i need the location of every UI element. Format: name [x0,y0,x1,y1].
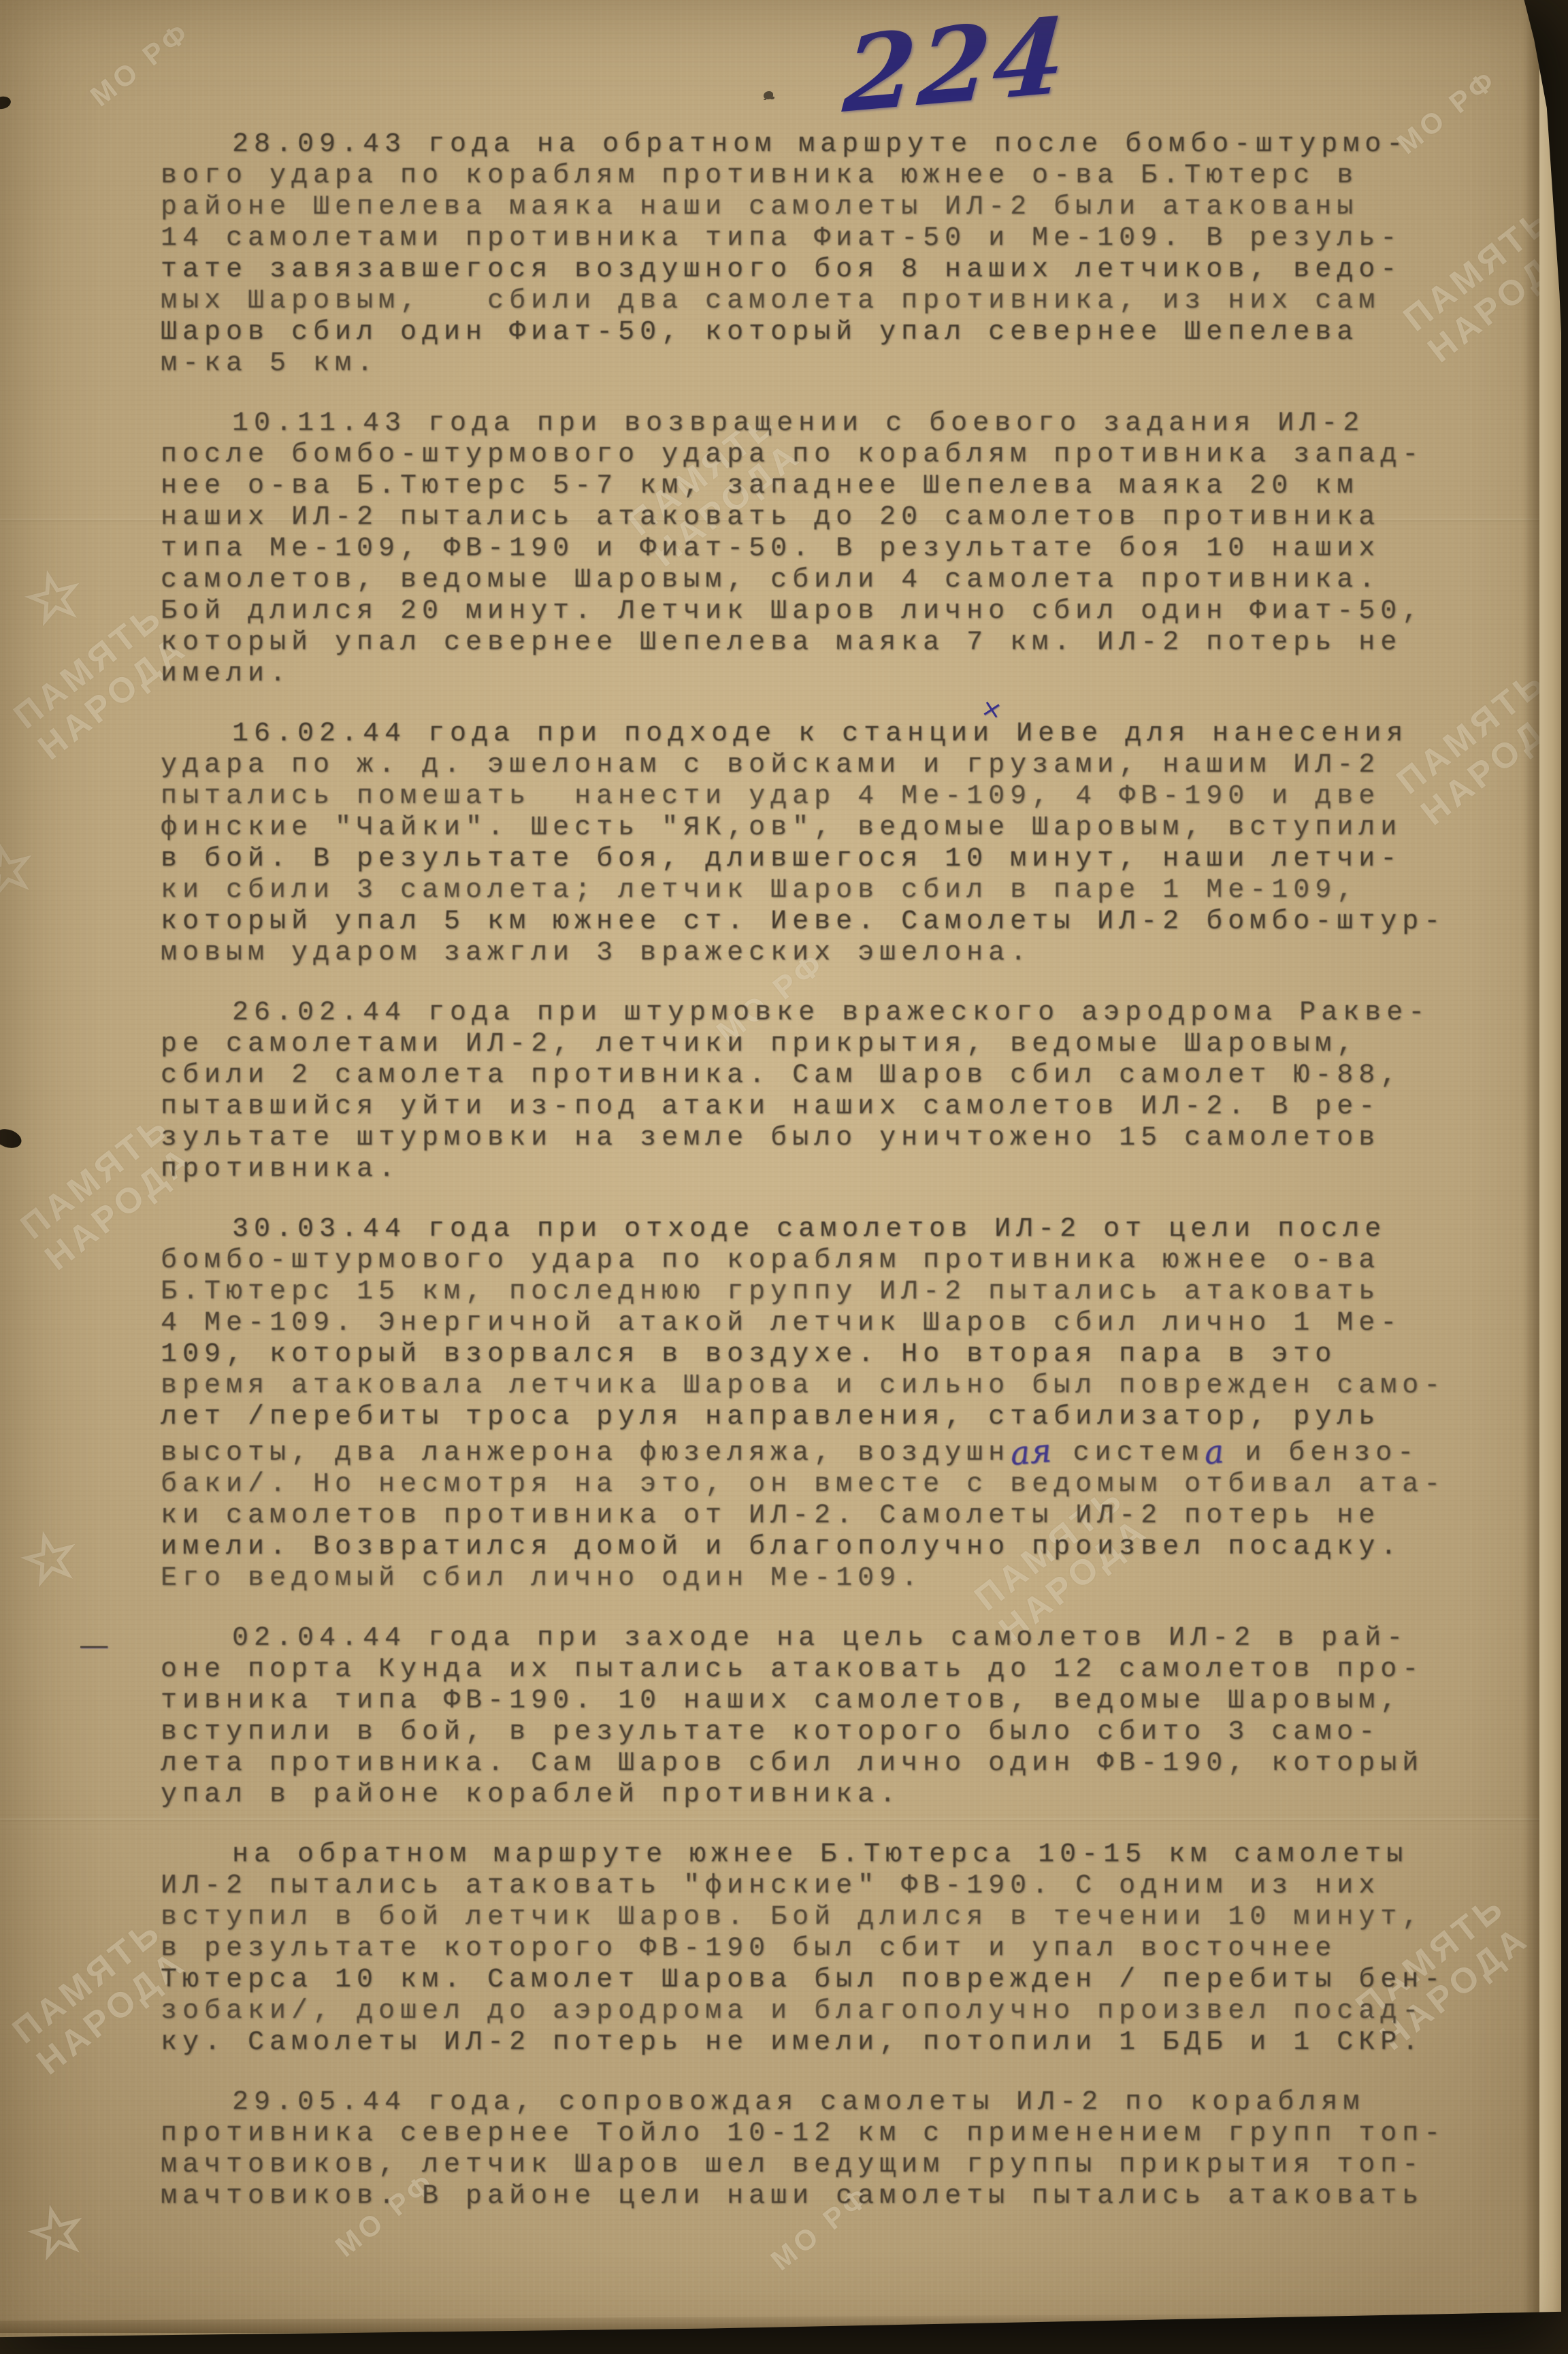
handwritten-correction: ая [1009,1435,1053,1469]
typed-line: оне порта Кунда их пытались атаковать до… [161,1654,1494,1686]
typed-line: 109, который взорвался в воздухе. Но вто… [161,1339,1494,1371]
typed-document: 28.09.43 года на обратном маршруте после… [161,129,1494,2241]
typed-line: Б.Тютерс 15 км, последнюю группу ИЛ-2 пы… [161,1277,1494,1308]
typed-line: имели. [161,659,1494,690]
typed-paragraph: 28.09.43 года на обратном маршруте после… [161,129,1494,380]
typed-line: м-ка 5 км. [161,348,1494,380]
typed-line: зультате штурмовки на земле было уничтож… [161,1123,1494,1154]
typed-paragraph: 16.02.44 года при подходе к станции Иеве… [161,719,1494,969]
typed-line: который упал 5 км южнее ст. Иеве. Самоле… [161,906,1494,938]
typed-segment: высоты, два ланжерона фюзеляжа, воздушн [161,1438,1010,1469]
typed-line: противника севернее Тойло 10-12 км с при… [161,2119,1494,2150]
typed-line: 28.09.43 года на обратном маршруте после… [161,129,1494,161]
typed-line: в результате которого ФВ-190 был сбит и … [161,1933,1494,1965]
typed-line: который упал севернее Шепелева маяка 7 к… [161,627,1494,659]
typed-line: ре самолетами ИЛ-2, летчики прикрытия, в… [161,1029,1494,1060]
typed-line: тивника типа ФВ-190. 10 наших самолетов,… [161,1686,1494,1717]
typed-line: типа Ме-109, ФВ-190 и Фиат-50. В результ… [161,534,1494,565]
typed-line: Шаров сбил один Фиат-50, который упал се… [161,317,1494,348]
ink-fleck [764,91,773,99]
typed-paragraph: 02.04.44 года при заходе на цель самолет… [161,1623,1494,1811]
typed-line: вступил в бой летчик Шаров. Бой длился в… [161,1902,1494,1933]
star-watermark: ☆ [0,826,48,913]
typed-line: финские "Чайки". Шесть "ЯК,ов", ведомые … [161,813,1494,844]
typed-line: мых Шаровым, сбили два самолета противни… [161,286,1494,317]
typed-line: 16.02.44 года при подходе к станции Иеве… [161,719,1494,750]
typed-line: лет /перебиты троса руля направления, ст… [161,1402,1494,1433]
typed-line: бомбо-штурмового удара по кораблям проти… [161,1245,1494,1277]
typed-line: Тютерса 10 км. Самолет Шарова был повреж… [161,1965,1494,1996]
typed-line: Его ведомый сбил лично один Ме-109. [161,1563,1494,1595]
handwritten-page-number: 224 [840,0,1072,136]
typed-line: мачтовиков, летчик Шаров шел ведущим гру… [161,2150,1494,2181]
typed-line: 29.05.44 года, сопровождая самолеты ИЛ-2… [161,2087,1494,2119]
paper-right-edge-shadow [1523,0,1539,2354]
typed-line: тате завязавшегося воздушного боя 8 наши… [161,255,1494,286]
typed-line: ки сбили 3 самолета; летчик Шаров сбил в… [161,875,1494,906]
edge-notch [0,1126,24,1151]
typed-segment: систем [1051,1438,1204,1469]
typed-line: вступили в бой, в результате которого бы… [161,1717,1494,1748]
typed-line: 30.03.44 года при отходе самолетов ИЛ-2 … [161,1214,1494,1245]
archive-watermark-text: МО РФ [84,15,197,112]
typed-line: Бой длился 20 минут. Летчик Шаров лично … [161,596,1494,627]
star-watermark: ☆ [19,2189,97,2275]
typed-paragraph: 30.03.44 года при отходе самолетов ИЛ-2 … [161,1214,1494,1595]
typed-line: зобаки/, дошел до аэродрома и благополуч… [161,1996,1494,2027]
typed-line: самолетов, ведомые Шаровым, сбили 4 само… [161,565,1494,596]
typed-line: баки/. Но несмотря на это, он вместе с в… [161,1469,1494,1501]
typed-line: вого удара по кораблям противника южнее … [161,161,1494,192]
typed-line: пытались помешать нанести удар 4 Ме-109,… [161,781,1494,813]
typed-line: после бомбо-штурмового удара по кораблям… [161,440,1494,471]
typed-line: ку. Самолеты ИЛ-2 потерь не имели, потоп… [161,2027,1494,2059]
typed-line: нее о-ва Б.Тютерс 5-7 км, западнее Шепел… [161,471,1494,502]
typed-segment: и бензо- [1223,1438,1419,1469]
typed-line: высоты, два ланжерона фюзеляжа, воздушна… [161,1433,1494,1469]
typed-line: 02.04.44 года при заходе на цель самолет… [161,1623,1494,1654]
typed-line: ки самолетов противника от ИЛ-2. Самолет… [161,1501,1494,1532]
typed-line: удара по ж. д. эшелонам с войсками и гру… [161,750,1494,781]
edge-notch [0,95,12,110]
typed-line: наших ИЛ-2 пытались атаковать до 20 само… [161,502,1494,534]
typed-paragraph: 10.11.43 года при возвращении с боевого … [161,408,1494,690]
typed-line: противника. [161,1154,1494,1186]
typed-line: упал в районе кораблей противника. [161,1780,1494,1811]
typed-line: пытавшийся уйти из-под атаки наших самол… [161,1092,1494,1123]
margin-dash-mark: — [79,1628,106,1663]
underlying-page-edge [1539,0,1561,2354]
typed-line: 10.11.43 года при возвращении с боевого … [161,408,1494,440]
typed-line: имели. Возвратился домой и благополучно … [161,1532,1494,1563]
typed-paragraph: 29.05.44 года, сопровождая самолеты ИЛ-2… [161,2087,1494,2212]
typed-line: в бой. В результате боя, длившегося 10 м… [161,844,1494,875]
handwritten-correction: а [1203,1436,1225,1469]
typed-line: на обратном маршруте южнее Б.Тютерса 10-… [161,1840,1494,1871]
typed-line: 26.02.44 года при штурмовке вражеского а… [161,998,1494,1029]
typed-line: мовым ударом зажгли 3 вражеских эшелона. [161,938,1494,969]
typed-line: 14 самолетами противника типа Фиат-50 и … [161,223,1494,255]
typed-line: сбили 2 самолета противника. Сам Шаров с… [161,1060,1494,1092]
star-watermark: ☆ [16,554,95,640]
typed-line: районе Шепелева маяка наши самолеты ИЛ-2… [161,192,1494,223]
typed-line: лета противника. Сам Шаров сбил лично од… [161,1748,1494,1780]
typed-paragraph: на обратном маршруте южнее Б.Тютерса 10-… [161,1840,1494,2059]
typed-line: время атаковала летчика Шарова и сильно … [161,1371,1494,1402]
typed-line: 4 Ме-109. Энергичной атакой летчик Шаров… [161,1308,1494,1339]
typed-paragraph: 26.02.44 года при штурмовке вражеского а… [161,998,1494,1186]
star-watermark: ☆ [12,1515,91,1601]
typed-line: мачтовиков. В районе цели наши самолеты … [161,2181,1494,2212]
scanned-document-page: МО РФМО РФПАМЯТЬ НАРОДАПАМЯТЬ НАРОДА☆ПАМ… [0,0,1568,2354]
typed-line: ИЛ-2 пытались атаковать "финские" ФВ-190… [161,1871,1494,1902]
